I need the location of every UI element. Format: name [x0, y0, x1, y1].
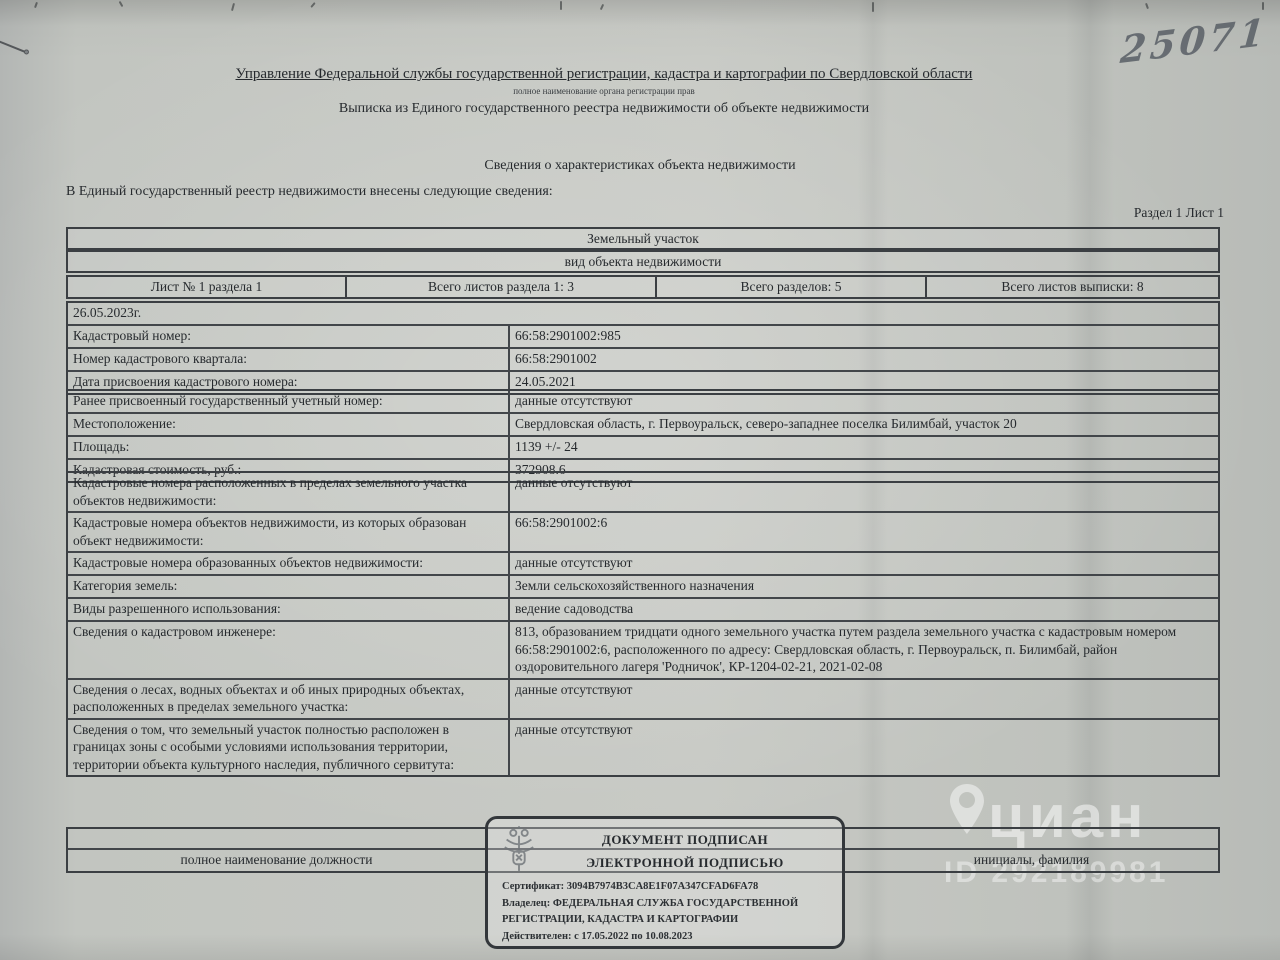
position-caption: полное наименование должности [68, 850, 487, 871]
field-value: 66:58:2901002:6 [510, 513, 1218, 551]
details-table-group3: Кадастровые номера расположенных в преде… [66, 471, 1220, 777]
table-row: Сведения о лесах, водных объектах и об и… [68, 678, 1218, 718]
table-row: Кадастровый номер: 66:58:2901002:985 [68, 324, 1218, 347]
object-type-value: Земельный участок [68, 229, 1218, 248]
field-label: Номер кадастрового квартала: [68, 349, 510, 370]
stamp-validity: Действителен: с 17.05.2022 по 10.08.2023 [502, 929, 834, 946]
total-sections-cell: Всего разделов: 5 [657, 277, 927, 297]
field-label: Сведения о лесах, водных объектах и об и… [68, 680, 510, 718]
table-row: Категория земель: Земли сельскохозяйстве… [68, 574, 1218, 597]
field-value: 813, образованием тридцати одного земель… [510, 622, 1218, 678]
field-label: Кадастровые номера объектов недвижимости… [68, 513, 510, 551]
extract-date: 26.05.2023г. [68, 303, 1218, 324]
table-row: Местоположение: Свердловская область, г.… [68, 412, 1218, 435]
field-value: данные отсутствуют [510, 720, 1218, 776]
scan-speck [1262, 2, 1264, 10]
electronic-signature-stamp: ДОКУМЕНТ ПОДПИСАН ЭЛЕКТРОННОЙ ПОДПИСЬЮ С… [485, 816, 845, 949]
field-label: Кадастровые номера образованных объектов… [68, 553, 510, 574]
field-value: 66:58:2901002:985 [510, 326, 1218, 347]
details-table-group2: Ранее присвоенный государственный учетны… [66, 389, 1220, 483]
registration-authority-title: Управление Федеральной службы государств… [0, 66, 1208, 83]
sheets-table: Лист № 1 раздела 1 Всего листов раздела … [66, 275, 1220, 299]
field-value: данные отсутствуют [510, 391, 1218, 412]
stamp-certificate-block: Сертификат: 3094B7974B3CA8E1F07A347CFAD6… [502, 879, 834, 945]
field-label: Сведения о том, что земельный участок по… [68, 720, 510, 776]
field-value: данные отсутствуют [510, 680, 1218, 718]
scan-speck [872, 2, 874, 12]
table-row: Виды разрешенного использования: ведение… [68, 597, 1218, 620]
scan-speck [560, 1, 562, 10]
table-row: Площадь: 1139 +/- 24 [68, 435, 1218, 458]
scan-speck [119, 1, 124, 7]
initials-caption: инициалы, фамилия [845, 850, 1218, 871]
field-label: Ранее присвоенный государственный учетны… [68, 391, 510, 412]
signature-line-right [845, 829, 1218, 848]
field-value: Земли сельскохозяйственного назначения [510, 576, 1218, 597]
object-type-caption: вид объекта недвижимости [68, 252, 1218, 271]
stamp-signed-label: ДОКУМЕНТ ПОДПИСАН [538, 832, 832, 848]
field-label: Виды разрешенного использования: [68, 599, 510, 620]
stamp-owner-line1: Владелец: ФЕДЕРАЛЬНАЯ СЛУЖБА ГОСУДАРСТВЕ… [502, 896, 834, 913]
document-title: Выписка из Единого государственного реес… [0, 101, 1208, 117]
stamp-owner-line2: РЕГИСТРАЦИИ, КАДАСТРА И КАРТОГРАФИИ [502, 912, 834, 929]
field-label: Сведения о кадастровом инженере: [68, 622, 510, 678]
field-value: данные отсутствуют [510, 553, 1218, 574]
scan-speck [34, 2, 38, 8]
field-label: Площадь: [68, 437, 510, 458]
total-sheets-cell: Всего листов выписки: 8 [927, 277, 1218, 297]
scan-speck [600, 4, 604, 10]
sheet-number-cell: Лист № 1 раздела 1 [68, 277, 347, 297]
object-type-box: Земельный участок [66, 227, 1220, 250]
field-value: данные отсутствуют [510, 473, 1218, 511]
field-label: Кадастровые номера расположенных в преде… [68, 473, 510, 511]
scan-speck [1145, 3, 1149, 9]
section-sheet-label: Раздел 1 Лист 1 [1134, 205, 1224, 221]
table-row: 26.05.2023г. [68, 303, 1218, 324]
section-title: Сведения о характеристиках объекта недви… [0, 158, 1280, 174]
sheets-in-section-cell: Всего листов раздела 1: 3 [347, 277, 657, 297]
table-row: Кадастровые номера образованных объектов… [68, 551, 1218, 574]
stamp-esign-label: ЭЛЕКТРОННОЙ ПОДПИСЬЮ [538, 855, 832, 871]
object-type-caption-box: вид объекта недвижимости [66, 250, 1220, 273]
scan-speck [310, 2, 315, 8]
field-label: Категория земель: [68, 576, 510, 597]
scan-speck [231, 3, 235, 11]
table-row: Сведения о кадастровом инженере: 813, об… [68, 620, 1218, 678]
coat-of-arms-icon [500, 825, 538, 875]
table-row: Ранее присвоенный государственный учетны… [68, 391, 1218, 412]
handwritten-number: 25071 [1119, 8, 1280, 72]
authority-caption: полное наименование органа регистрации п… [0, 86, 1208, 96]
field-value: Свердловская область, г. Первоуральск, с… [510, 414, 1218, 435]
field-label: Кадастровый номер: [68, 326, 510, 347]
table-row: Сведения о том, что земельный участок по… [68, 718, 1218, 776]
scanned-document-page: 25071 Управление Федеральной службы госу… [0, 0, 1280, 960]
table-row: Кадастровые номера расположенных в преде… [68, 473, 1218, 511]
staple-mark [0, 40, 26, 53]
stamp-certificate: Сертификат: 3094B7974B3CA8E1F07A347CFAD6… [502, 879, 834, 896]
signature-line-left [68, 829, 487, 848]
field-value: 66:58:2901002 [510, 349, 1218, 370]
field-value: ведение садоводства [510, 599, 1218, 620]
details-table-group1: 26.05.2023г. Кадастровый номер: 66:58:29… [66, 301, 1220, 395]
table-row: Кадастровые номера объектов недвижимости… [68, 511, 1218, 551]
intro-line: В Единый государственный реестр недвижим… [66, 184, 553, 200]
table-row: Номер кадастрового квартала: 66:58:29010… [68, 347, 1218, 370]
field-label: Местоположение: [68, 414, 510, 435]
field-value: 1139 +/- 24 [510, 437, 1218, 458]
